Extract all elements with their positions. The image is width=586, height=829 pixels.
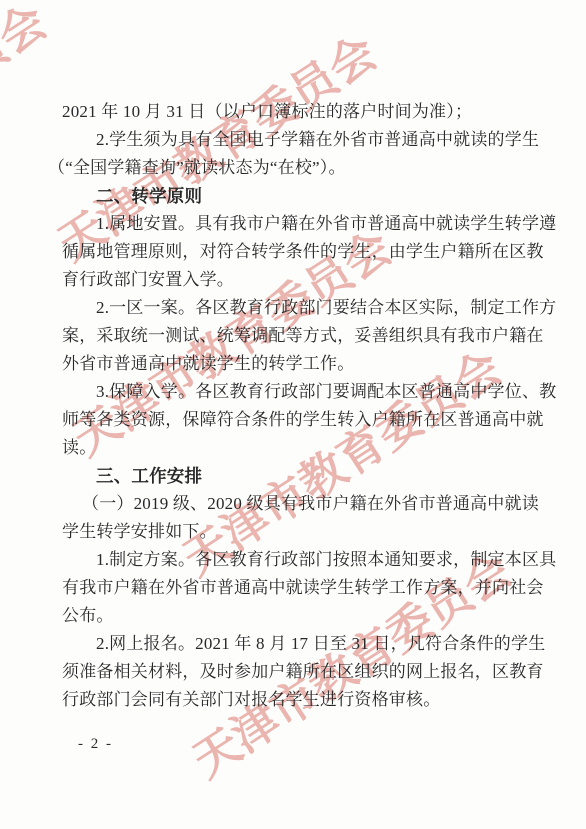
text-line: 有我市户籍在外省市普通高中就读学生转学工作方案，并向社会: [62, 574, 532, 602]
text-line: 育行政部门安置入学。: [62, 266, 532, 294]
page-number: - 2 -: [78, 736, 113, 753]
section-heading: 三、工作安排: [62, 462, 532, 490]
text-line: 案，采取统一测试、统筹调配等方式，妥善组织具有我市户籍在: [62, 322, 532, 350]
text-line: 循属地管理原则，对符合转学条件的学生，由学生户籍所在区教: [62, 238, 532, 266]
text-line: （一）2019 级、2020 级具有我市户籍在外省市普通高中就读: [48, 490, 532, 518]
text-line: 2.网上报名。2021 年 8 月 17 日至 31 日，凡符合条件的学生: [62, 630, 532, 658]
text-line: 行政部门会同有关部门对报名学生进行资格审核。: [62, 686, 532, 714]
text-line: （“全国学籍查询”就读状态为“在校”）。: [48, 154, 532, 182]
text-line: 2.一区一案。各区教育行政部门要结合本区实际，制定工作方: [62, 294, 532, 322]
text-line: 学生转学安排如下。: [62, 518, 532, 546]
text-line: 读。: [62, 434, 532, 462]
text-line: 公布。: [62, 602, 532, 630]
document-body: 2021 年 10 月 31 日（以户口簿标注的落户时间为准）；2.学生须为具有…: [62, 98, 532, 714]
document-page: 天津市教育委员会天津市教育委员会天津市教育委员会天津市教育委员会天津市教育委员会…: [0, 0, 586, 829]
section-heading: 二、转学原则: [62, 182, 532, 210]
text-line: 2021 年 10 月 31 日（以户口簿标注的落户时间为准）；: [62, 98, 532, 126]
text-line: 外省市普通高中就读学生的转学工作。: [62, 350, 532, 378]
text-line: 3.保障入学。各区教育行政部门要调配本区普通高中学位、教: [62, 378, 532, 406]
text-line: 须准备相关材料，及时参加户籍所在区组织的网上报名，区教育: [62, 658, 532, 686]
text-line: 1.属地安置。具有我市户籍在外省市普通高中就读学生转学遵: [62, 210, 532, 238]
text-line: 师等各类资源，保障符合条件的学生转入户籍所在区普通高中就: [62, 406, 532, 434]
text-line: 2.学生须为具有全国电子学籍在外省市普通高中就读的学生: [62, 126, 532, 154]
watermark-text: 天津市教育委员会: [0, 0, 58, 242]
text-line: 1.制定方案。各区教育行政部门按照本通知要求，制定本区具: [62, 546, 532, 574]
